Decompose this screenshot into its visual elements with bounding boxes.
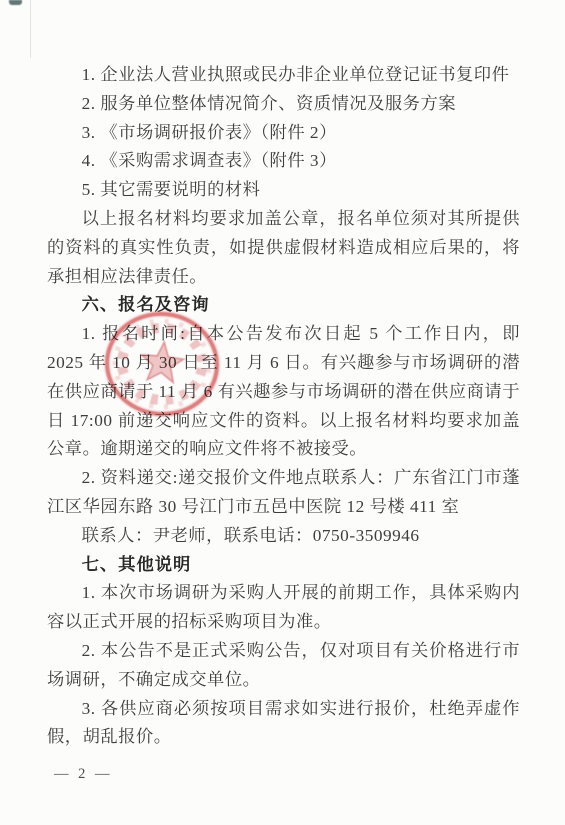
section-7-paragraph-1: 1. 本次市场调研为采购人开展的前期工作，具体采购内容以正式开展的招标采购项目为…: [47, 579, 520, 637]
section-6-paragraph-3: 联系人：尹老师，联系电话：0750-3509946: [47, 522, 520, 551]
section-6-paragraph-1: 1. 报名时间:自本公告发布次日起 5 个工作日内，即 2025 年 10 月 …: [47, 320, 520, 464]
section-7-paragraph-3: 3. 各供应商必须按项目需求如实进行报价，杜绝弄虚作假，胡乱报价。: [47, 695, 520, 753]
section-7-heading: 七、其他说明: [47, 551, 520, 580]
document-page: 1. 企业法人营业执照或民办非企业单位登记证书复印件 2. 服务单位整体情况简介…: [0, 0, 565, 825]
list-item-3: 3. 《市场调研报价表》（附件 2）: [47, 119, 520, 148]
section-7-paragraph-2: 2. 本公告不是正式采购公告，仅对项目有关价格进行市场调研，不确定成交单位。: [47, 637, 520, 695]
list-item-4: 4. 《采购需求调查表》（附件 3）: [47, 147, 520, 176]
scan-fold-line: [30, 0, 31, 58]
section-6-heading: 六、报名及咨询: [47, 291, 520, 320]
list-item-2: 2. 服务单位整体情况简介、资质情况及服务方案: [47, 90, 520, 119]
page-number: — 2 —: [54, 766, 113, 783]
document-body: 1. 企业法人营业执照或民办非企业单位登记证书复印件 2. 服务单位整体情况简介…: [47, 61, 520, 752]
list-item-1: 1. 企业法人营业执照或民办非企业单位登记证书复印件: [47, 61, 520, 90]
section-6-paragraph-2: 2. 资料递交:递交报价文件地点联系人：广东省江门市蓬江区华园东路 30 号江门…: [47, 464, 520, 522]
scan-smudge: [9, 0, 22, 5]
paragraph-notice: 以上报名材料均要求加盖公章，报名单位须对其所提供的资料的真实性负责，如提供虚假材…: [47, 205, 520, 291]
list-item-5: 5. 其它需要说明的材料: [47, 176, 520, 205]
